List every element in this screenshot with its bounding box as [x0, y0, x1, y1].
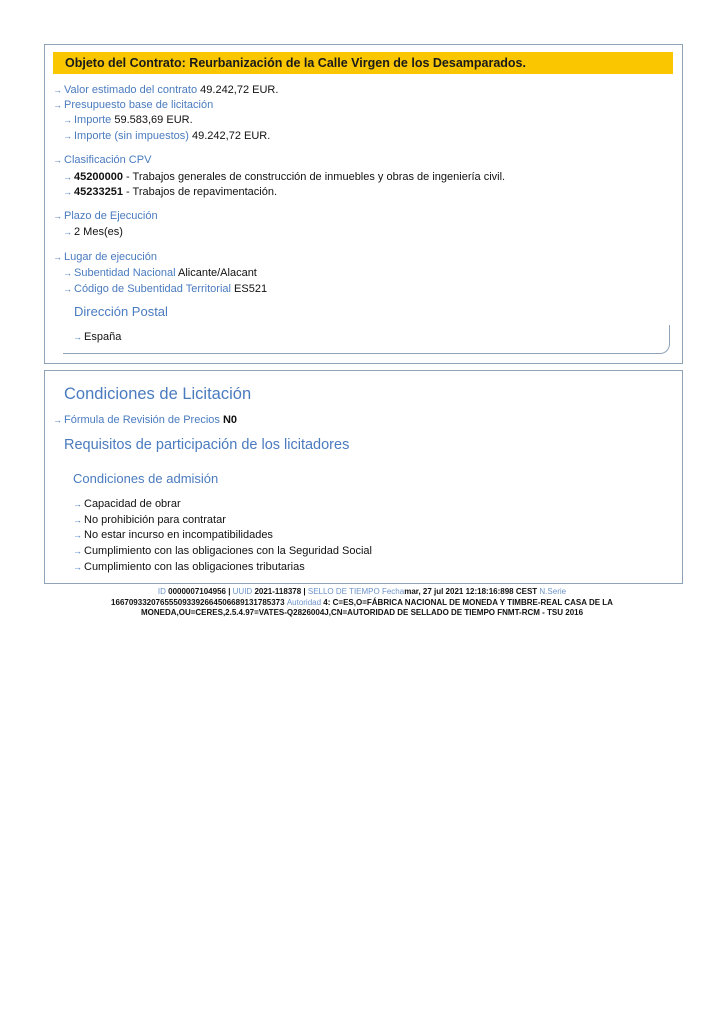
pais-row: →España: [73, 330, 121, 344]
arrow-icon: →: [73, 562, 82, 572]
plazo-value: →2 Mes(es): [63, 225, 123, 239]
conditions-heading: Condiciones de Licitación: [64, 385, 251, 404]
contract-object-banner: Objeto del Contrato: Reurbanización de l…: [53, 52, 673, 74]
arrow-icon: →: [73, 546, 82, 556]
admision-heading: Condiciones de admisión: [73, 471, 218, 486]
admision-item: →No prohibición para contratar: [73, 513, 226, 527]
admision-item: →No estar incurso en incompatibilidades: [73, 528, 273, 542]
cpv-row: →Clasificación CPV: [53, 153, 151, 167]
direccion-postal-heading: Dirección Postal: [74, 304, 168, 319]
arrow-icon: →: [53, 415, 62, 425]
arrow-icon: →: [53, 252, 62, 262]
address-box: [63, 325, 670, 354]
admision-item: →Cumplimiento con las obligaciones tribu…: [73, 560, 305, 574]
admision-item: →Cumplimiento con las obligaciones con l…: [73, 544, 372, 558]
contract-panel: Objeto del Contrato: Reurbanización de l…: [44, 44, 683, 364]
arrow-icon: →: [63, 131, 72, 141]
arrow-icon: →: [53, 100, 62, 110]
codigo-subentidad-row: →Código de Subentidad Territorial ES521: [63, 282, 267, 296]
arrow-icon: →: [53, 85, 62, 95]
requisitos-heading: Requisitos de participación de los licit…: [64, 437, 349, 453]
arrow-icon: →: [73, 515, 82, 525]
arrow-icon: →: [63, 268, 72, 278]
valor-estimado-row: →Valor estimado del contrato 49.242,72 E…: [53, 83, 278, 97]
arrow-icon: →: [63, 227, 72, 237]
arrow-icon: →: [63, 172, 72, 182]
timestamp-footer: ID 0000007104956 | UUID 2021-118378 | SE…: [60, 587, 664, 619]
arrow-icon: →: [63, 187, 72, 197]
importe-row: →Importe 59.583,69 EUR.: [63, 113, 193, 127]
cpv-item: →45233251 - Trabajos de repavimentación.: [63, 185, 277, 199]
subentidad-row: →Subentidad Nacional Alicante/Alacant: [63, 266, 257, 280]
cpv-item: →45200000 - Trabajos generales de constr…: [63, 170, 505, 184]
arrow-icon: →: [53, 211, 62, 221]
plazo-row: →Plazo de Ejecución: [53, 209, 158, 223]
lugar-row: →Lugar de ejecución: [53, 250, 157, 264]
arrow-icon: →: [53, 155, 62, 165]
arrow-icon: →: [73, 332, 82, 342]
importe-sin-impuestos-row: →Importe (sin impuestos) 49.242,72 EUR.: [63, 129, 270, 143]
arrow-icon: →: [63, 284, 72, 294]
admision-item: →Capacidad de obrar: [73, 497, 181, 511]
arrow-icon: →: [73, 530, 82, 540]
formula-row: →Fórmula de Revisión de Precios N0: [53, 413, 237, 427]
presupuesto-row: →Presupuesto base de licitación: [53, 98, 213, 112]
arrow-icon: →: [73, 499, 82, 509]
arrow-icon: →: [63, 115, 72, 125]
conditions-panel: Condiciones de Licitación →Fórmula de Re…: [44, 370, 683, 584]
